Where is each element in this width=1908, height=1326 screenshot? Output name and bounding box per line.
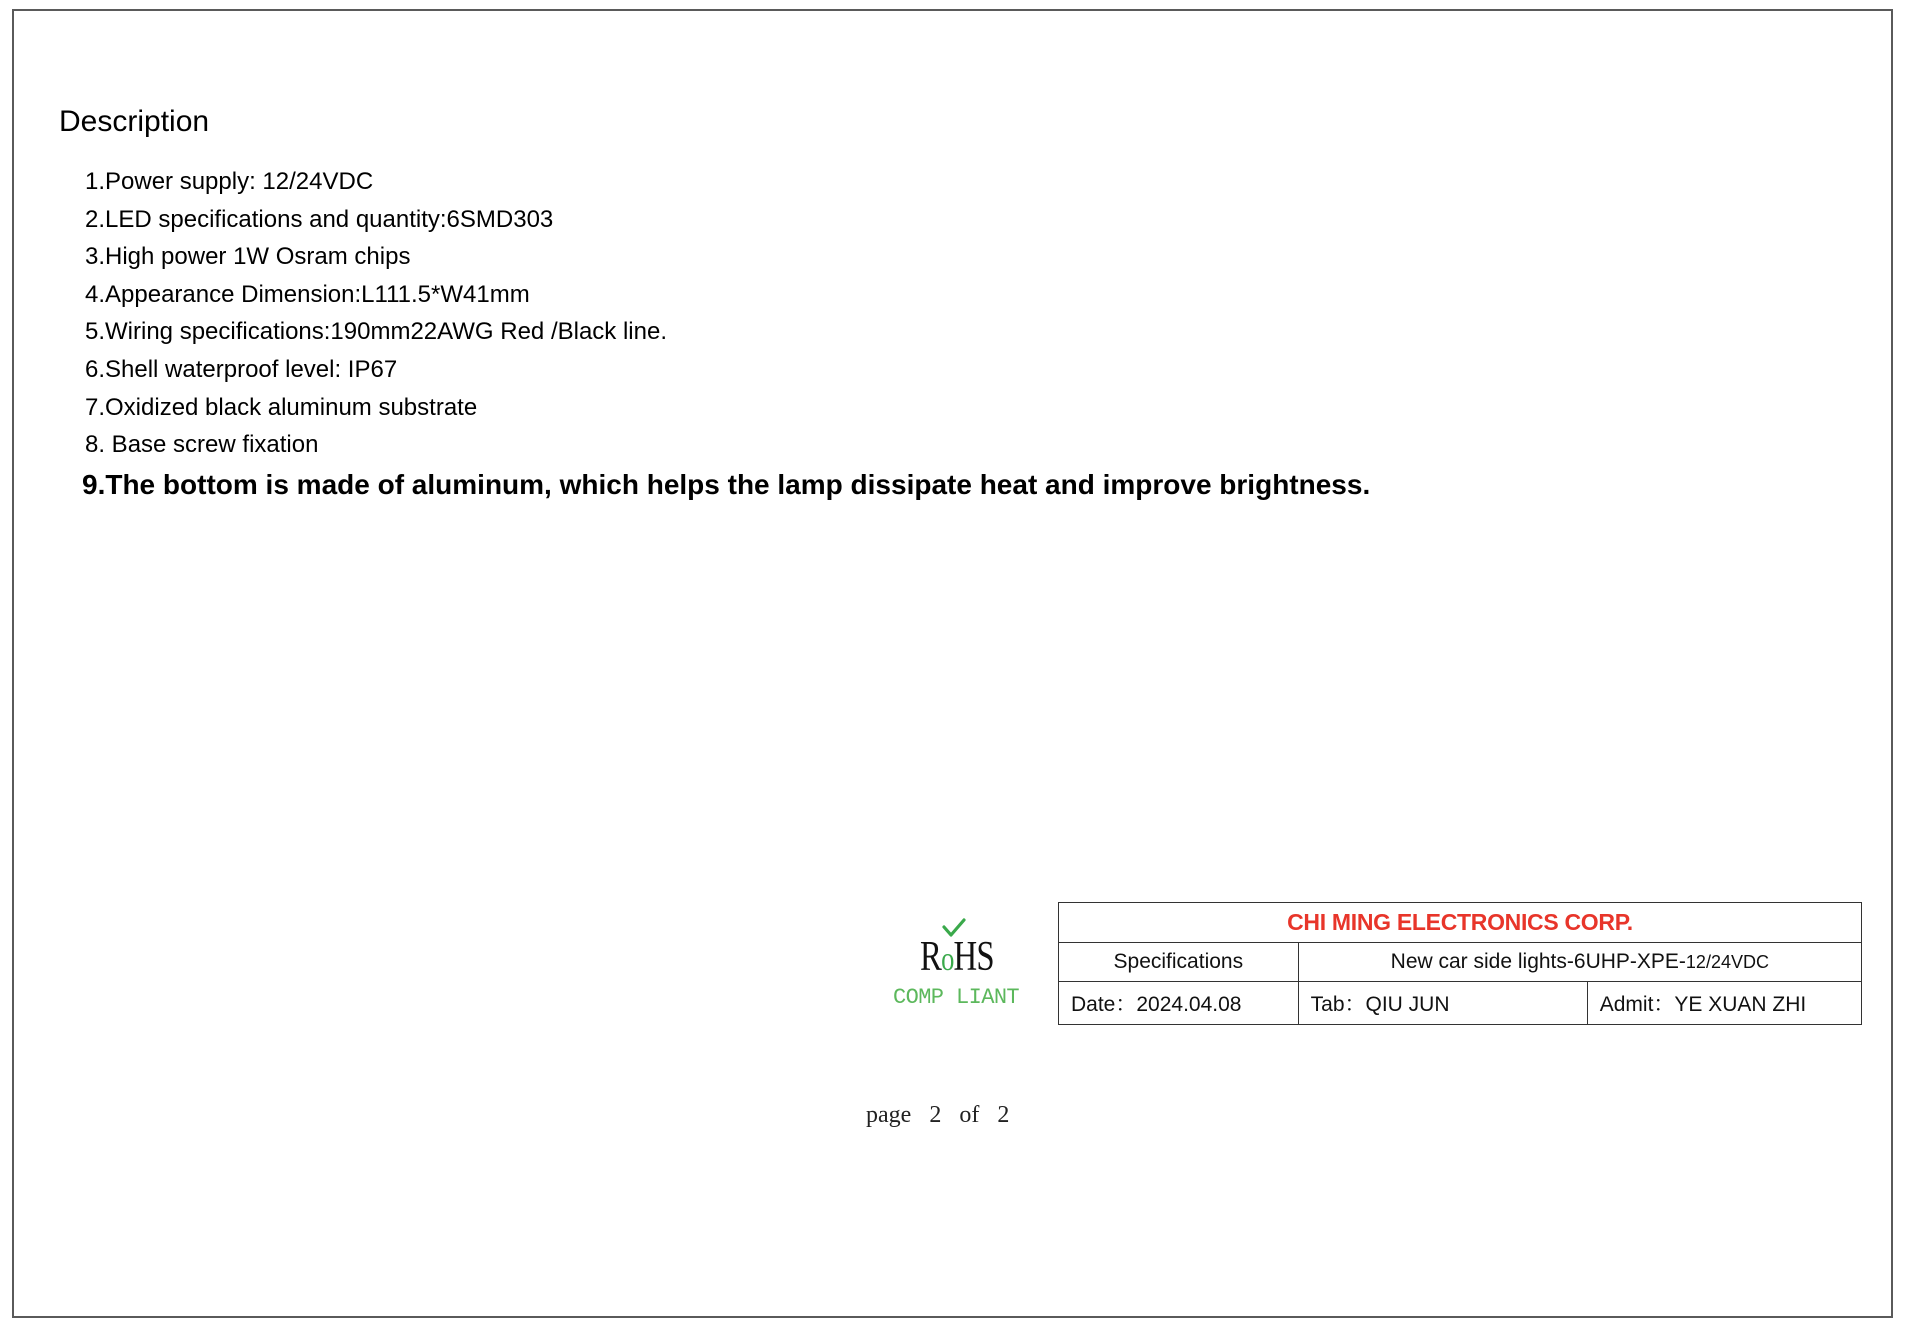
rohs-compliant-logo: RoHS COMP LIANT xyxy=(890,912,1032,1012)
description-item: 5.Wiring specifications:190mm22AWG Red /… xyxy=(85,313,1370,351)
admit-value: YE XUAN ZHI xyxy=(1674,993,1806,1016)
date-value: 2024.04.08 xyxy=(1136,993,1241,1016)
tab-value: QIU JUN xyxy=(1366,993,1450,1016)
description-heading: Description xyxy=(59,104,209,140)
admit-label: Admit： xyxy=(1600,993,1675,1016)
description-item: 6.Shell waterproof level: IP67 xyxy=(85,351,1370,389)
title-block-table: CHI MING ELECTRONICS CORP. Specification… xyxy=(1058,902,1862,1025)
description-item: 4.Appearance Dimension:L111.5*W41mm xyxy=(85,276,1370,314)
rohs-letter-r: R xyxy=(920,934,941,980)
page-of-label: of xyxy=(959,1102,979,1128)
page-current: 2 xyxy=(929,1102,941,1128)
company-name: CHI MING ELECTRONICS CORP. xyxy=(1059,903,1862,943)
spec-value-voltage: 12/24VDC xyxy=(1686,952,1769,972)
admit-cell: Admit：YE XUAN ZHI xyxy=(1587,982,1861,1025)
rohs-compliant-text: COMP LIANT xyxy=(893,986,1019,1010)
page-total: 2 xyxy=(997,1102,1009,1128)
spec-value-main: New car side lights-6UHP-XPE- xyxy=(1391,950,1686,973)
company-row: CHI MING ELECTRONICS CORP. xyxy=(1059,903,1862,943)
description-item: 7.Oxidized black aluminum substrate xyxy=(85,389,1370,427)
tab-cell: Tab：QIU JUN xyxy=(1298,982,1587,1025)
rohs-letters-hs: HS xyxy=(954,934,994,980)
specifications-value: New car side lights-6UHP-XPE-12/24VDC xyxy=(1298,943,1861,982)
tab-label: Tab： xyxy=(1311,993,1366,1016)
description-item-highlight: 9.The bottom is made of aluminum, which … xyxy=(82,466,1370,504)
info-row: Date：2024.04.08 Tab：QIU JUN Admit：YE XUA… xyxy=(1059,982,1862,1025)
rohs-letter-o: o xyxy=(941,941,953,978)
description-item: 3.High power 1W Osram chips xyxy=(85,238,1370,276)
specifications-row: Specifications New car side lights-6UHP-… xyxy=(1059,943,1862,982)
description-item: 1.Power supply: 12/24VDC xyxy=(85,163,1370,201)
date-cell: Date：2024.04.08 xyxy=(1059,982,1299,1025)
description-list: 1.Power supply: 12/24VDC 2.LED specifica… xyxy=(85,163,1370,503)
description-item: 8. Base screw fixation xyxy=(85,426,1370,464)
date-label: Date： xyxy=(1071,993,1136,1016)
page-label: page xyxy=(866,1102,911,1128)
specifications-label: Specifications xyxy=(1059,943,1299,982)
page-number: page 2 of 2 xyxy=(866,1100,1009,1130)
rohs-wordmark: RoHS xyxy=(920,936,994,981)
description-item: 2.LED specifications and quantity:6SMD30… xyxy=(85,201,1370,239)
